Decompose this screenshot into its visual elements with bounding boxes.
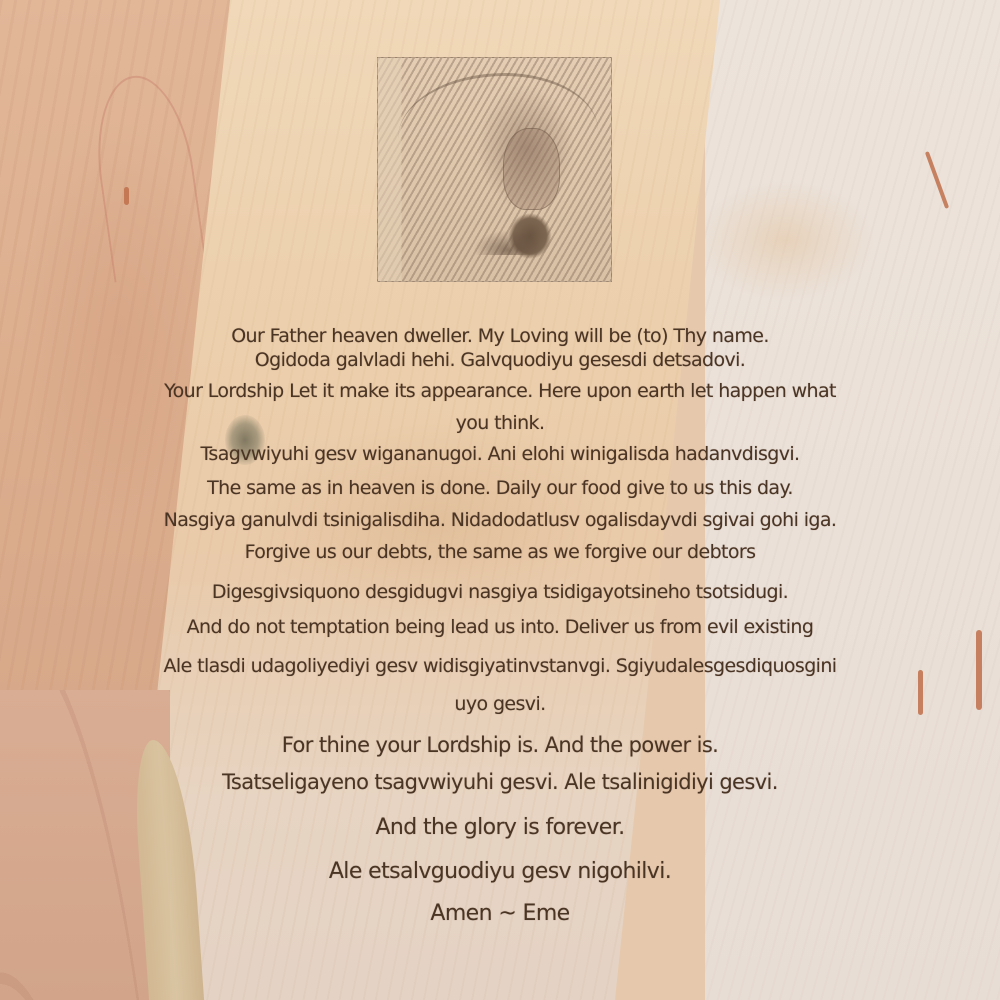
prayer-line: The same as in heaven is done. Daily our… xyxy=(0,477,1000,499)
headdress-outline xyxy=(398,73,598,196)
amen-line: Amen ~ Eme xyxy=(0,901,1000,926)
prayer-line: Ale tlasdi udagoliyediyi gesv widisgiyat… xyxy=(0,655,1000,677)
prayer-line: uyo gesvi. xyxy=(0,693,1000,715)
chief-face xyxy=(503,128,560,210)
prayer-line: And do not temptation being lead us into… xyxy=(0,616,1000,638)
prayer-line: Forgive us our debts, the same as we for… xyxy=(0,541,1000,563)
prayer-line: Ogidoda galvladi hehi. Galvquodiyu geses… xyxy=(0,349,1000,371)
prayer-line: Tsagvwiyuhi gesv wigananugoi. Ani elohi … xyxy=(0,443,1000,465)
wood-streak xyxy=(124,187,129,205)
prayer-line: For thine your Lordship is. And the powe… xyxy=(0,733,1000,757)
prayer-line: Nasgiya ganulvdi tsinigalisdiha. Nidadod… xyxy=(0,509,1000,531)
prayer-line: Digesgivsiquono desgidugvi nasgiya tsidi… xyxy=(0,581,1000,603)
wood-board-right xyxy=(705,0,1000,1000)
prayer-line: you think. xyxy=(0,412,1000,434)
prayer-line: Tsatseligayeno tsagvwiyuhi gesvi. Ale ts… xyxy=(0,770,1000,794)
prayer-line: And the glory is forever. xyxy=(0,815,1000,840)
prayer-line: Our Father heaven dweller. My Loving wil… xyxy=(0,325,1000,347)
brush-foliage xyxy=(473,230,543,255)
chief-portrait-engraving xyxy=(377,57,612,282)
wood-plaque-photo: Our Father heaven dweller. My Loving wil… xyxy=(0,0,1000,1000)
prayer-line: Ale etsalvguodiyu gesv nigohilvi. xyxy=(0,859,1000,884)
prayer-line: Your Lordship Let it make its appearance… xyxy=(0,380,1000,402)
